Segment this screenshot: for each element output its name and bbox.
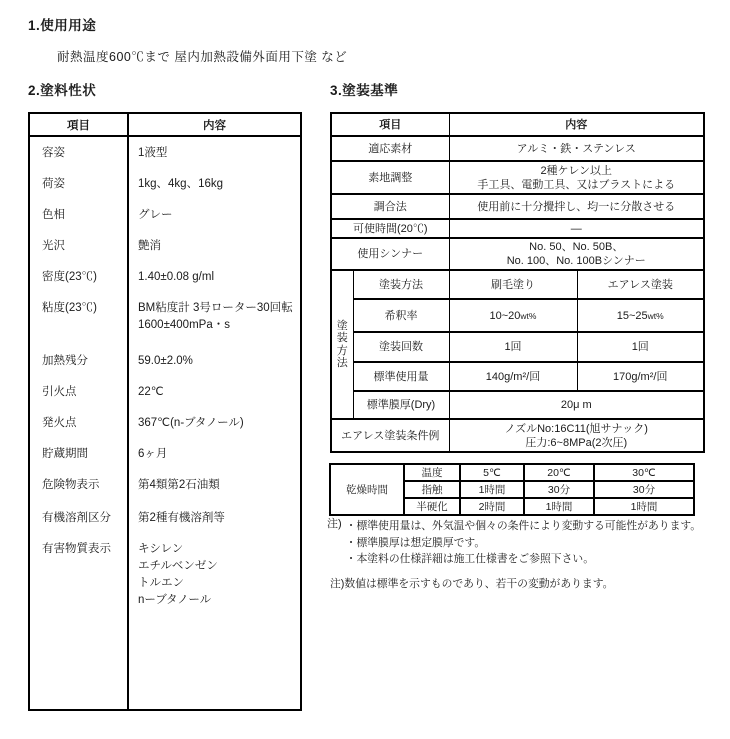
property-row: 色相グレー xyxy=(30,199,300,230)
temperature-value: 20℃ xyxy=(524,464,594,481)
standard-row-label: 調合法 xyxy=(331,194,449,219)
film-thickness-value: 20μ m xyxy=(449,391,704,419)
standard-row: 素地調整2種ケレン以上 手工具、電動工具、又はブラストによる xyxy=(331,161,704,194)
standard-row: 使用シンナーNo. 50、No. 50B、 No. 100、No. 100Bシン… xyxy=(331,238,704,270)
note-item: ・標準膜厚は想定膜厚です。 xyxy=(346,535,701,552)
standard-row-label: 適応素材 xyxy=(331,136,449,161)
property-label: 有機溶剤区分 xyxy=(30,502,129,533)
property-label: 光沢 xyxy=(30,230,129,261)
property-value: 第4類第2石油類 xyxy=(129,469,300,502)
standard-row-value: 使用前に十分攪拌し、均一に分散させる xyxy=(449,194,704,219)
method-row-label: 塗装方法 xyxy=(353,270,449,299)
standard-row: 調合法使用前に十分攪拌し、均一に分散させる xyxy=(331,194,704,219)
standard-row: 可使時間(20℃)― xyxy=(331,219,704,238)
property-row: 粘度(23℃)BM粘度計 3号ローター30回転 1600±400mPa・s xyxy=(30,292,300,345)
value-number: 10~20 xyxy=(490,310,521,322)
airless-coating-value: 170g/m²/回 xyxy=(577,362,704,391)
airless-coating-value: エアレス塗装 xyxy=(577,270,704,299)
airless-conditions-row: エアレス塗装条件例ノズルNo:16C11(旭サナック) 圧力:6~8MPa(2次… xyxy=(331,419,704,452)
property-label: 引火点 xyxy=(30,376,129,407)
method-row: 塗 装 方 法塗装方法刷毛塗りエアレス塗装 xyxy=(331,270,704,299)
note-2: 注)数値は標準を示すものであり、若干の変動があります。 xyxy=(330,576,613,591)
property-value: 1kg、4kg、16kg xyxy=(129,168,300,199)
property-row: 密度(23℃)1.40±0.08 g/ml xyxy=(30,261,300,292)
drying-time-label: 乾燥時間 xyxy=(330,464,404,515)
property-label: 加熱残分 xyxy=(30,345,129,376)
brush-coating-value: 140g/m²/回 xyxy=(449,362,577,391)
drying-time-table: 乾燥時間温度5℃20℃30℃指触1時間30分30分半硬化2時間1時間1時間 xyxy=(329,463,695,516)
property-value: 1液型 xyxy=(129,137,300,168)
standard-row-label: 素地調整 xyxy=(331,161,449,194)
drying-row-value: 1時間 xyxy=(460,481,524,498)
method-row: 標準使用量140g/m²/回170g/m²/回 xyxy=(331,362,704,391)
standard-row: 適応素材アルミ・鉄・ステンレス xyxy=(331,136,704,161)
property-value: 367℃(n-ブタノール) xyxy=(129,407,300,438)
column-header-item: 項目 xyxy=(30,114,129,135)
spec-document: 1.使用用途 耐熱温度600℃まで 屋内加熱設備外面用下塗 など 2.塗料性状 … xyxy=(0,0,730,739)
standard-row-label: 可使時間(20℃) xyxy=(331,219,449,238)
drying-row-label: 半硬化 xyxy=(404,498,460,515)
airless-conditions-value: ノズルNo:16C11(旭サナック) 圧力:6~8MPa(2次圧) xyxy=(449,419,704,452)
temperature-label: 温度 xyxy=(404,464,460,481)
property-value: 第2種有機溶剤等 xyxy=(129,502,300,533)
drying-row-value: 30分 xyxy=(524,481,594,498)
standard-row-value: アルミ・鉄・ステンレス xyxy=(449,136,704,161)
property-label: 密度(23℃) xyxy=(30,261,129,292)
properties-body: 容姿1液型荷姿1kg、4kg、16kg色相グレー光沢艶消密度(23℃)1.40±… xyxy=(30,137,300,709)
value-number: 15~25 xyxy=(617,310,648,322)
property-label: 発火点 xyxy=(30,407,129,438)
usage-description: 耐熱温度600℃まで 屋内加熱設備外面用下塗 など xyxy=(57,47,347,65)
standard-row-value: No. 50、No. 50B、 No. 100、No. 100Bシンナー xyxy=(449,238,704,270)
drying-row-label: 指触 xyxy=(404,481,460,498)
property-row: 貯蔵期間6ヶ月 xyxy=(30,438,300,469)
section-1-title: 1.使用用途 xyxy=(28,14,96,34)
property-row: 容姿1液型 xyxy=(30,137,300,168)
section-3-title: 3.塗装基準 xyxy=(330,79,398,99)
film-thickness-row: 標準膜厚(Dry)20μ m xyxy=(331,391,704,419)
column-header-content: 内容 xyxy=(449,113,704,136)
note-block: 注) ・標準使用量は、外気温や個々の条件により変動する可能性があります。・標準膜… xyxy=(327,518,701,568)
property-value: 艶消 xyxy=(129,230,300,261)
brush-coating-value: 1回 xyxy=(449,332,577,362)
note-items: ・標準使用量は、外気温や個々の条件により変動する可能性があります。・標準膜厚は想… xyxy=(346,518,701,568)
coating-standards-table: 項目内容適応素材アルミ・鉄・ステンレス素地調整2種ケレン以上 手工具、電動工具、… xyxy=(330,112,705,453)
property-label: 貯蔵期間 xyxy=(30,438,129,469)
property-label: 色相 xyxy=(30,199,129,230)
brush-coating-value: 10~20wt% xyxy=(449,299,577,332)
value-unit: wt% xyxy=(520,311,536,321)
standard-row-value: 2種ケレン以上 手工具、電動工具、又はブラストによる xyxy=(449,161,704,194)
drying-row-value: 2時間 xyxy=(460,498,524,515)
temperature-value: 5℃ xyxy=(460,464,524,481)
airless-conditions-label: エアレス塗装条件例 xyxy=(331,419,449,452)
property-value: 6ヶ月 xyxy=(129,438,300,469)
column-header-item: 項目 xyxy=(331,113,449,136)
property-value: BM粘度計 3号ローター30回転 1600±400mPa・s xyxy=(129,292,300,345)
value-unit: wt% xyxy=(648,311,664,321)
property-value: 22℃ xyxy=(129,376,300,407)
brush-coating-value: 刷毛塗り xyxy=(449,270,577,299)
method-row: 塗装回数1回1回 xyxy=(331,332,704,362)
property-value: 59.0±2.0% xyxy=(129,345,300,376)
temperature-value: 30℃ xyxy=(594,464,694,481)
method-row-label: 希釈率 xyxy=(353,299,449,332)
property-label: 容姿 xyxy=(30,137,129,168)
airless-coating-value: 15~25wt% xyxy=(577,299,704,332)
property-row: 引火点22℃ xyxy=(30,376,300,407)
properties-header-row: 項目 内容 xyxy=(30,114,300,137)
property-label: 有害物質表示 xyxy=(30,533,129,709)
film-thickness-label: 標準膜厚(Dry) xyxy=(353,391,449,419)
airless-coating-value: 1回 xyxy=(577,332,704,362)
property-row: 発火点367℃(n-ブタノール) xyxy=(30,407,300,438)
property-row: 危険物表示第4類第2石油類 xyxy=(30,469,300,502)
standard-row-label: 使用シンナー xyxy=(331,238,449,270)
method-row-label: 塗装回数 xyxy=(353,332,449,362)
column-header-content: 内容 xyxy=(129,114,300,135)
method-row-label: 標準使用量 xyxy=(353,362,449,391)
property-value: グレー xyxy=(129,199,300,230)
method-group-label: 塗 装 方 法 xyxy=(331,270,353,419)
property-value: 1.40±0.08 g/ml xyxy=(129,261,300,292)
standard-row-value: ― xyxy=(449,219,704,238)
drying-row-value: 1時間 xyxy=(594,498,694,515)
property-row: 荷姿1kg、4kg、16kg xyxy=(30,168,300,199)
drying-header-row: 乾燥時間温度5℃20℃30℃ xyxy=(330,464,694,481)
property-value: キシレン エチルベンゼン トルエン nーブタノール xyxy=(129,533,300,709)
drying-row-value: 30分 xyxy=(594,481,694,498)
section-2-title: 2.塗料性状 xyxy=(28,79,96,99)
note-item: ・本塗料の仕様詳細は施工仕様書をご参照下さい。 xyxy=(346,551,701,568)
drying-row-value: 1時間 xyxy=(524,498,594,515)
method-row: 希釈率10~20wt%15~25wt% xyxy=(331,299,704,332)
note-marker: 注) xyxy=(327,515,342,531)
property-label: 危険物表示 xyxy=(30,469,129,502)
property-label: 荷姿 xyxy=(30,168,129,199)
property-row: 有害物質表示キシレン エチルベンゼン トルエン nーブタノール xyxy=(30,533,300,709)
property-row: 光沢艶消 xyxy=(30,230,300,261)
paint-properties-table: 項目 内容 容姿1液型荷姿1kg、4kg、16kg色相グレー光沢艶消密度(23℃… xyxy=(28,112,302,711)
property-label: 粘度(23℃) xyxy=(30,292,129,345)
property-row: 加熱残分59.0±2.0% xyxy=(30,345,300,376)
note-item: ・標準使用量は、外気温や個々の条件により変動する可能性があります。 xyxy=(346,518,701,535)
property-row: 有機溶剤区分第2種有機溶剤等 xyxy=(30,502,300,533)
standards-header-row: 項目内容 xyxy=(331,113,704,136)
